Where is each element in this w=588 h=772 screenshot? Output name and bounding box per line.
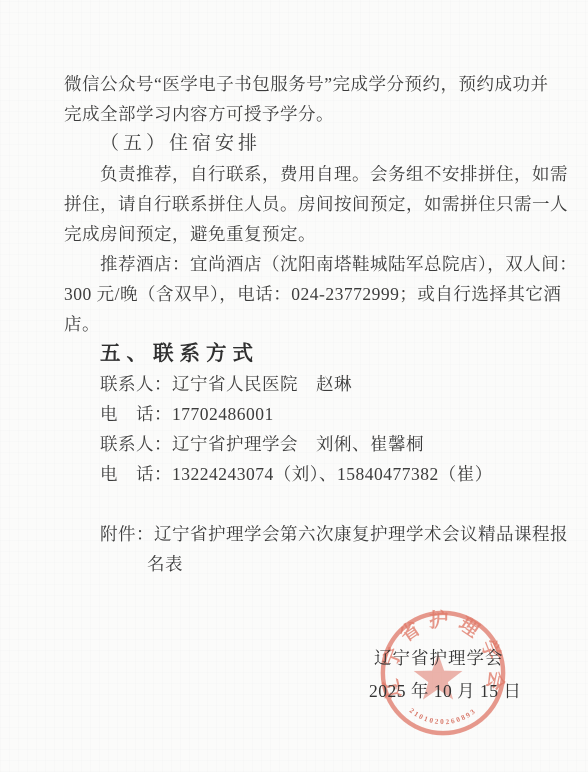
seal-serial-holder: 2101020260893 [408,707,478,726]
section-heading-contact: 五、联系方式 [64,339,546,369]
document-body: 微信公众号“医学电子书包服务号”完成学分预约，预约成功并 完成全部学习内容方可授… [64,69,546,579]
signature-date: 2025 年 10 月 15 日 [369,678,521,703]
document-line: 完成房间预定，避免重复预定。 [64,219,546,249]
hotel-price-phone-line: 300 元/晚（含双早），电话：024-23772999；或自行选择其它酒 [64,279,546,309]
official-seal: 辽宁省护理学会 2101020260893 [374,604,512,742]
attachment-note-wrap: 名表 [64,549,546,579]
hotel-recommendation-line: 推荐酒店：宜尚酒店（沈阳南塔鞋城陆军总院店），双人间： [64,249,546,279]
section-heading-accommodation: （五）住宿安排 [64,129,546,159]
seal-serial: 2101020260893 [408,707,478,726]
contact-phone-line: 电 话：13224243074（刘）、15840477382（崔） [64,459,546,489]
contact-person-line: 联系人：辽宁省护理学会 刘俐、崔馨桐 [64,429,546,459]
document-line: 店。 [64,309,546,339]
document-line: 拼住，请自行联系拼住人员。房间按间预定，如需拼住只需一人 [64,189,546,219]
contact-phone-line: 电 话：17702486001 [64,399,546,429]
document-line: 微信公众号“医学电子书包服务号”完成学分预约，预约成功并 [64,69,546,99]
document-page: { "colors": { "paper": "#fbfbfa", "ink":… [0,0,588,772]
contact-person-line: 联系人：辽宁省人民医院 赵琳 [64,369,546,399]
document-line: 完成全部学习内容方可授予学分。 [64,99,546,129]
blank-line [64,489,546,519]
attachment-note: 附件：辽宁省护理学会第六次康复护理学术会议精品课程报 [64,519,546,549]
document-line: 负责推荐，自行联系，费用自理。会务组不安排拼住，如需 [64,159,546,189]
signature-organization: 辽宁省护理学会 [374,645,504,670]
